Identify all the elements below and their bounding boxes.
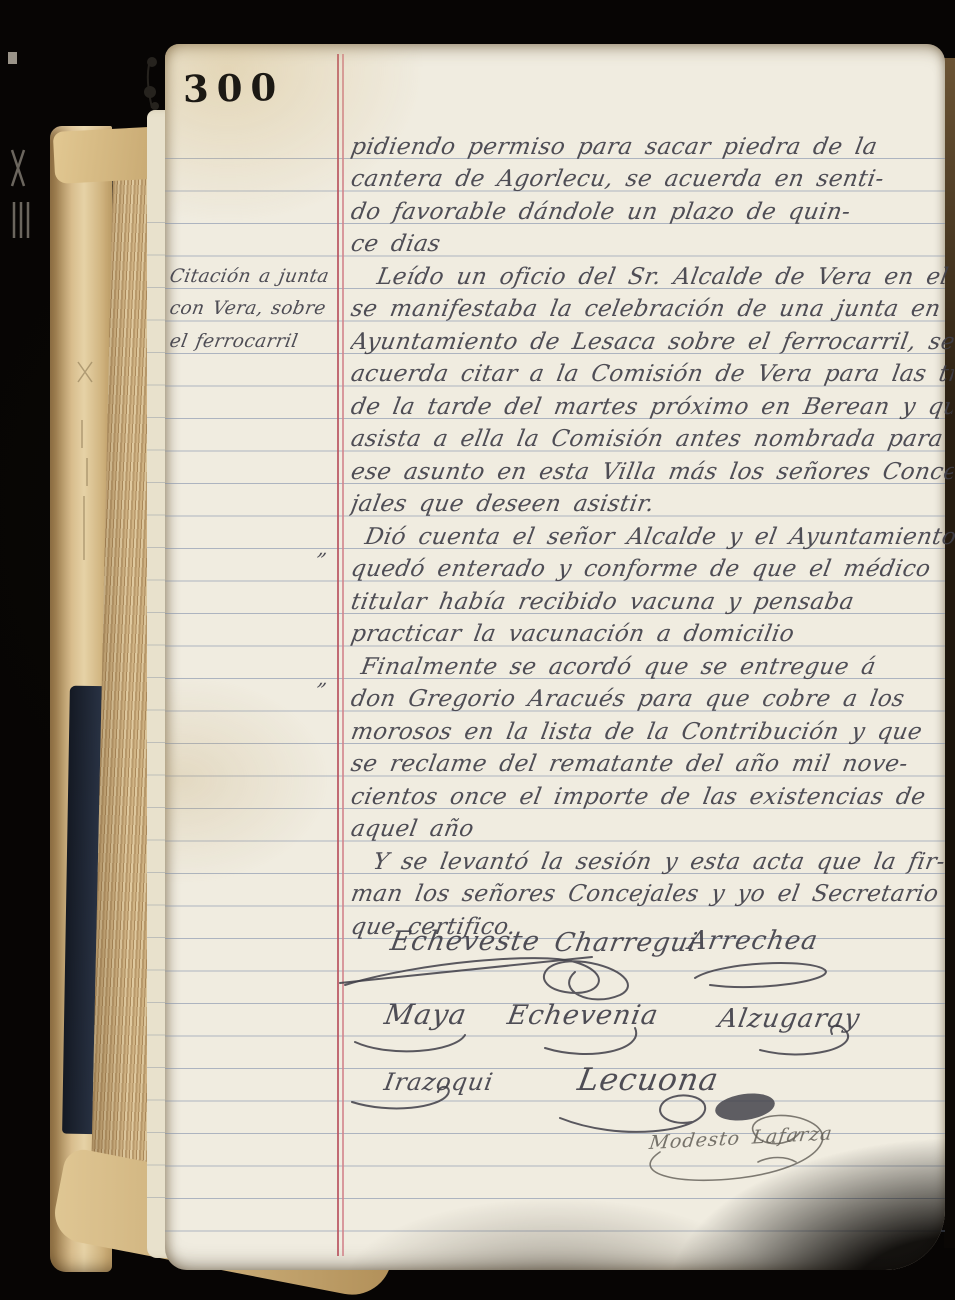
handwritten-line: Leído un oficio del Sr. Alcalde de Vera … (348, 264, 955, 295)
signature-name: Charregui (552, 928, 700, 958)
signature-name: Echevenia (505, 1000, 661, 1031)
ditto-mark: „ (316, 666, 340, 690)
handwritten-line: acuerda citar a la Comisión de Vera para… (348, 361, 955, 392)
signature-name: Echeveste (388, 926, 543, 957)
signature-name: Arrechea (686, 926, 821, 956)
margin-note-line: el ferrocarril (168, 331, 338, 352)
handwritten-line: Ayuntamiento de Lesaca sobre el ferrocar… (348, 329, 955, 360)
ink-blot-run (148, 60, 152, 108)
handwritten-line: se manifestaba la celebración de una jun… (348, 296, 955, 327)
signature-name: Irazoqui (382, 1068, 496, 1096)
handwritten-line: quedó enterado y conforme de que el médi… (348, 556, 955, 587)
handwritten-line: titular había recibido vacuna y pensaba (348, 589, 955, 620)
ditto-mark: „ (316, 536, 340, 560)
spine-chalk-marks (12, 150, 28, 238)
handwritten-line: man los señores Concejales y yo el Secre… (348, 881, 955, 912)
handwritten-line: pidiendo permiso para sacar piedra de la (348, 134, 955, 165)
handwritten-line: cantera de Agorlecu, se acuerda en senti… (348, 166, 955, 197)
page-number-stamp: 300 (183, 65, 285, 111)
signature-name: Lecuona (575, 1062, 722, 1098)
handwritten-line: ce dias (348, 231, 955, 262)
handwritten-line: aquel año (348, 816, 955, 847)
photo-of-manuscript-book: { "doc": { "page_number": "300", "margin… (0, 0, 955, 1300)
handwritten-line: practicar la vacunación a domicilio (348, 621, 955, 652)
handwritten-line: asista a ella la Comisión antes nombrada… (348, 426, 955, 457)
signature-name: Alzugaray (716, 1004, 863, 1034)
margin-note-line: con Vera, sobre (168, 298, 338, 319)
margin-rule-line (337, 54, 339, 1256)
handwritten-line: Dió cuenta el señor Alcalde y el Ayuntam… (348, 524, 955, 555)
handwritten-line: ese asunto en esta Villa más los señores… (348, 459, 955, 490)
handwritten-line: de la tarde del martes próximo en Berean… (348, 394, 955, 425)
handwritten-line: se reclame del rematante del año mil nov… (348, 751, 955, 782)
handwritten-line: jales que deseen asistir. (348, 491, 955, 522)
signature-name: Maya (382, 998, 470, 1031)
handwritten-line: Finalmente se acordó que se entregue á (348, 654, 955, 685)
handwritten-line: do favorable dándole un plazo de quin- (348, 199, 955, 230)
margin-rule-line-2 (342, 54, 344, 1256)
handwritten-line: don Gregorio Aracués para que cobre a lo… (348, 686, 955, 717)
handwritten-line: morosos en la lista de la Contribución y… (348, 719, 955, 750)
spine-speck (8, 52, 17, 64)
margin-note-line: Citación a junta (168, 266, 338, 287)
ink-blot (144, 57, 159, 110)
handwritten-line: cientos once el importe de las existenci… (348, 784, 955, 815)
handwritten-line: Y se levantó la sesión y esta acta que l… (348, 849, 955, 880)
